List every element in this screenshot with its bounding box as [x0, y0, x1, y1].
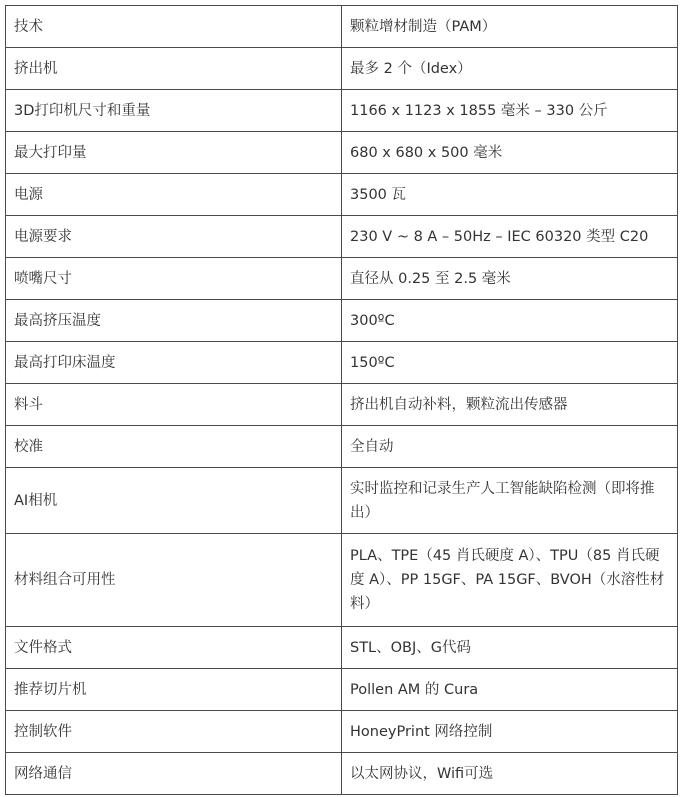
table-row: 最高打印床温度 150ºC — [6, 342, 678, 384]
spec-label: 控制软件 — [6, 711, 342, 753]
spec-label: 料斗 — [6, 384, 342, 426]
spec-label: 挤出机 — [6, 48, 342, 90]
table-row: 料斗 挤出机自动补料，颗粒流出传感器 — [6, 384, 678, 426]
table-row: 最高挤压温度 300ºC — [6, 300, 678, 342]
spec-value: 直径从 0.25 至 2.5 毫米 — [342, 258, 678, 300]
spec-table: 技术 颗粒增材制造（PAM） 挤出机 最多 2 个（Idex） 3D打印机尺寸和… — [5, 5, 678, 795]
spec-label: 3D打印机尺寸和重量 — [6, 90, 342, 132]
spec-value: 颗粒增材制造（PAM） — [342, 6, 678, 48]
spec-value: 230 V ~ 8 A – 50Hz – IEC 60320 类型 C20 — [342, 216, 678, 258]
spec-value: 实时监控和记录生产人工智能缺陷检测（即将推出） — [342, 468, 678, 534]
table-row: 3D打印机尺寸和重量 1166 x 1123 x 1855 毫米 – 330 公… — [6, 90, 678, 132]
spec-label: 最大打印量 — [6, 132, 342, 174]
spec-label: 技术 — [6, 6, 342, 48]
spec-value: 3500 瓦 — [342, 174, 678, 216]
spec-value: 150ºC — [342, 342, 678, 384]
table-row: 喷嘴尺寸 直径从 0.25 至 2.5 毫米 — [6, 258, 678, 300]
spec-value: STL、OBJ、G代码 — [342, 627, 678, 669]
table-row: AI相机 实时监控和记录生产人工智能缺陷检测（即将推出） — [6, 468, 678, 534]
spec-label: 网络通信 — [6, 753, 342, 795]
spec-value: PLA、TPE（45 肖氏硬度 A）、TPU（85 肖氏硬度 A）、PP 15G… — [342, 534, 678, 627]
spec-label: 电源 — [6, 174, 342, 216]
spec-value: 最多 2 个（Idex） — [342, 48, 678, 90]
table-row: 推荐切片机 Pollen AM 的 Cura — [6, 669, 678, 711]
table-row: 电源 3500 瓦 — [6, 174, 678, 216]
spec-label: 文件格式 — [6, 627, 342, 669]
table-row: 技术 颗粒增材制造（PAM） — [6, 6, 678, 48]
spec-label: 最高打印床温度 — [6, 342, 342, 384]
spec-value: 1166 x 1123 x 1855 毫米 – 330 公斤 — [342, 90, 678, 132]
spec-label: 材料组合可用性 — [6, 534, 342, 627]
spec-value: 680 x 680 x 500 毫米 — [342, 132, 678, 174]
table-row: 最大打印量 680 x 680 x 500 毫米 — [6, 132, 678, 174]
table-row: 控制软件 HoneyPrint 网络控制 — [6, 711, 678, 753]
table-row: 文件格式 STL、OBJ、G代码 — [6, 627, 678, 669]
table-row: 材料组合可用性 PLA、TPE（45 肖氏硬度 A）、TPU（85 肖氏硬度 A… — [6, 534, 678, 627]
table-row: 挤出机 最多 2 个（Idex） — [6, 48, 678, 90]
spec-value: 挤出机自动补料，颗粒流出传感器 — [342, 384, 678, 426]
spec-label: 电源要求 — [6, 216, 342, 258]
spec-label: 校准 — [6, 426, 342, 468]
table-row: 电源要求 230 V ~ 8 A – 50Hz – IEC 60320 类型 C… — [6, 216, 678, 258]
spec-value: Pollen AM 的 Cura — [342, 669, 678, 711]
spec-value: 以太网协议，Wifi可选 — [342, 753, 678, 795]
table-row: 校准 全自动 — [6, 426, 678, 468]
spec-value: 300ºC — [342, 300, 678, 342]
spec-label: AI相机 — [6, 468, 342, 534]
spec-label: 推荐切片机 — [6, 669, 342, 711]
spec-label: 喷嘴尺寸 — [6, 258, 342, 300]
spec-value: HoneyPrint 网络控制 — [342, 711, 678, 753]
table-row: 网络通信 以太网协议，Wifi可选 — [6, 753, 678, 795]
spec-value: 全自动 — [342, 426, 678, 468]
spec-label: 最高挤压温度 — [6, 300, 342, 342]
